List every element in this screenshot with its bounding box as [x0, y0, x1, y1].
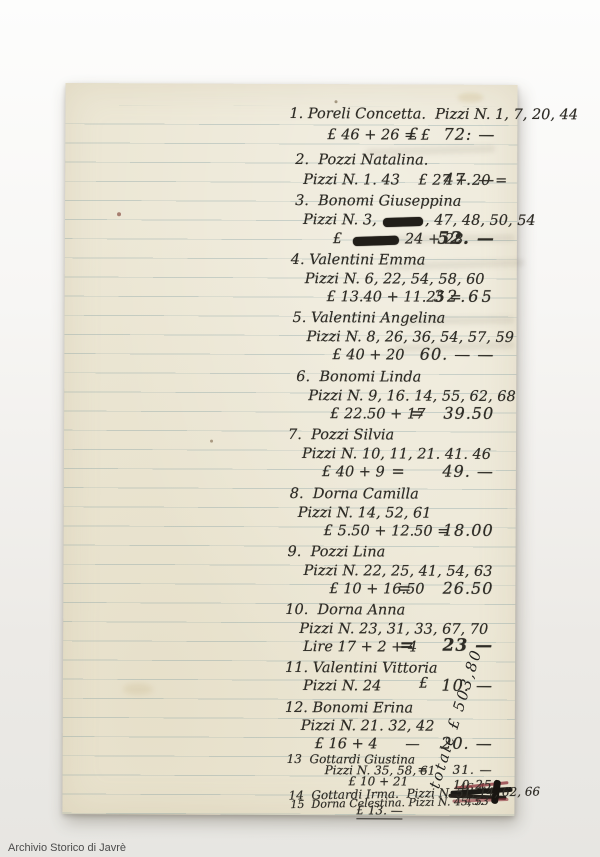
- handwritten-line: 4. Valentini Emma: [291, 252, 426, 270]
- amount: = 26.50: [398, 579, 494, 597]
- amount: = 39.50: [411, 405, 495, 423]
- handwritten-line: 11. Valentini Vittoria: [285, 660, 438, 678]
- handwritten-line: £ 40 + 9: [322, 464, 385, 481]
- handwritten-line: 12. Bonomi Erina: [285, 700, 413, 718]
- handwritten-line: 6. Bonomi Linda: [296, 369, 421, 387]
- amount: 52. —: [437, 230, 495, 248]
- paper-stain: [458, 93, 484, 103]
- handwritten-line: £ 40 + 20: [332, 347, 404, 364]
- ink-blot: [383, 217, 423, 227]
- archive-watermark: Archivio Storico di Javrè: [8, 842, 126, 854]
- handwritten-line: 5. Valentini Angelina: [293, 310, 446, 328]
- paper-speck: [335, 100, 338, 103]
- handwritten-line: £: [419, 676, 428, 693]
- ink-speck: [117, 212, 121, 216]
- handwritten-line: 3. Bonomi Giuseppina: [295, 193, 461, 211]
- amount: 10.25: [453, 779, 492, 792]
- amount: 10. —: [441, 677, 493, 695]
- amount: £ 72: —: [408, 126, 495, 144]
- handwritten-line: Pizzi N. 14, 52, 61: [298, 505, 432, 523]
- handwritten-line: 10. Dorna Anna: [285, 602, 405, 620]
- handwritten-line: 1. Poreli Concetta. Pizzi N. 1, 7, 20, 4…: [289, 106, 578, 124]
- amount: 20. —: [441, 735, 493, 753]
- handwritten-line: £ 5.50 + 12.50 =: [324, 523, 450, 541]
- handwritten-line: 2. Pozzi Natalina.: [295, 152, 428, 170]
- handwritten-line: £ 13. —: [356, 804, 402, 819]
- ink-blot: [353, 236, 399, 246]
- amount: = 31. —: [418, 764, 493, 777]
- amount: = 49. —: [391, 462, 494, 480]
- handwritten-line: £: [333, 231, 342, 248]
- handwritten-line: 8. Dorna Camilla: [290, 486, 419, 504]
- handwritten-line: 7. Pozzi Silvia: [288, 427, 394, 444]
- handwritten-line: 9. Pozzi Lina: [288, 544, 386, 561]
- paper-stain: [123, 683, 153, 695]
- amount: = 23 —: [400, 636, 494, 654]
- scanned-document-background: { "archive": { "watermark": "Archivio St…: [0, 0, 600, 857]
- amount: 18.00: [443, 522, 494, 540]
- handwritten-line: Pizzi N. 24: [303, 678, 381, 695]
- handwritten-line: Pizzi N. 21. 32, 42: [301, 718, 435, 736]
- amount: 32.65: [434, 288, 495, 306]
- handwritten-line: Pizzi N. 3,: [303, 212, 377, 229]
- amount: 60. — —: [420, 346, 495, 364]
- handwritten-line: £ 16 + 4 —: [315, 736, 420, 753]
- paper-speck: [210, 440, 213, 443]
- amount: 47. —: [444, 171, 496, 189]
- handwritten-line: , 47, 48, 50, 54: [425, 213, 536, 230]
- ledger-page: totale £ 503,80 46.4 43. 1. Poreli Conce…: [62, 83, 517, 816]
